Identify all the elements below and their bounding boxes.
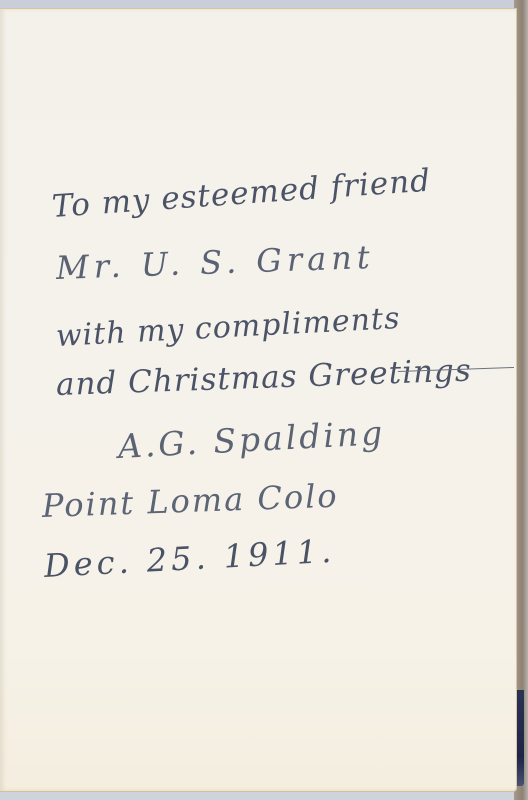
inscription-place: Point Loma Colo bbox=[41, 477, 339, 525]
inscription-line-recipient: Mr. U. S. Grant bbox=[55, 238, 375, 287]
inscription-line-compliments: with my compliments bbox=[55, 301, 401, 354]
inscription-date: Dec. 25. 1911. bbox=[43, 532, 336, 585]
inscription-line-greetings: and Christmas Greetings bbox=[55, 352, 472, 402]
inscription-signature: A.G. Spalding bbox=[117, 413, 386, 466]
handwritten-inscription: To my esteemed friend Mr. U. S. Grant wi… bbox=[0, 9, 516, 791]
inscription-line-dedication: To my esteemed friend bbox=[51, 163, 432, 225]
flyleaf-page: To my esteemed friend Mr. U. S. Grant wi… bbox=[0, 8, 517, 792]
background-top bbox=[0, 0, 528, 8]
